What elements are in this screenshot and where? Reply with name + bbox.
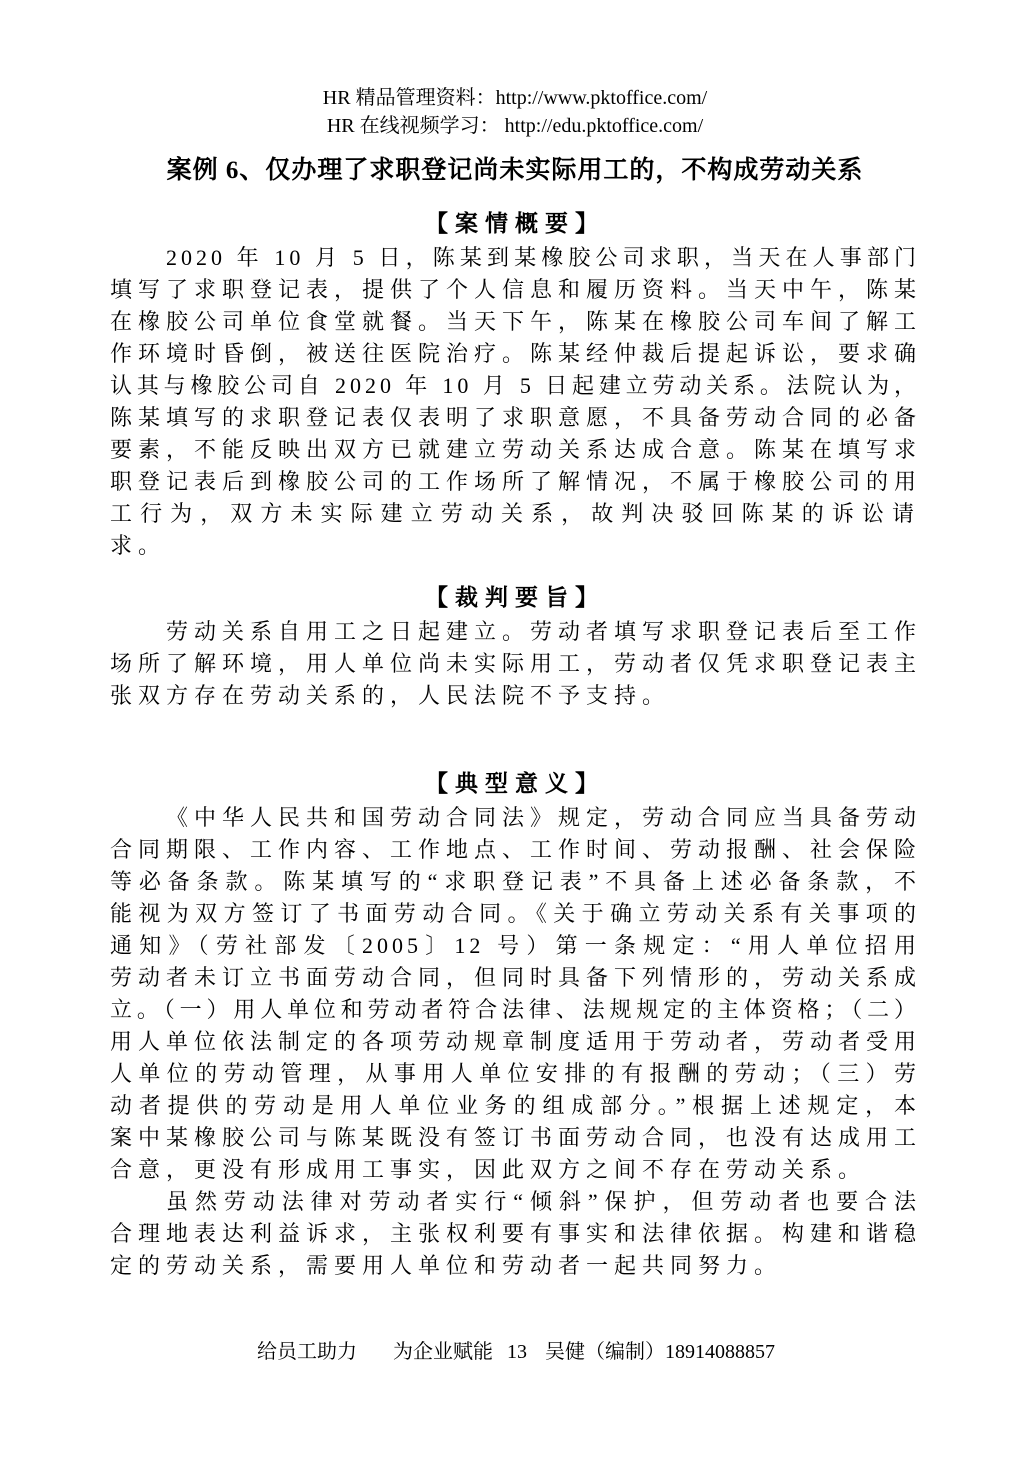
text-line: 张双方存在劳动关系的，人民法院不予支持。 [110,680,920,712]
header-url-1: http://www.pktoffice.com/ [496,87,708,109]
text-line: 能视为双方签订了书面劳动合同。《关于确立劳动关系有关事项的 [110,898,920,930]
header-line-1: HR 精品管理资料：http://www.pktoffice.com/ [110,84,920,112]
section-heading-2: 【裁判要旨】 [110,582,920,614]
text-line: 职登记表后到橡胶公司的工作场所了解情况，不属于橡胶公司的用 [110,466,920,498]
text-line: 用人单位依法制定的各项劳动规章制度适用于劳动者，劳动者受用 [110,1026,920,1058]
text-line: 工行为，双方未实际建立劳动关系，故判决驳回陈某的诉讼请求。 [110,498,920,562]
text-line: 2020 年 10 月 5 日，陈某到某橡胶公司求职，当天在人事部门 [110,242,920,274]
text-line: 场所了解环境，用人单位尚未实际用工，劳动者仅凭求职登记表主 [110,648,920,680]
text-line: 人单位的劳动管理，从事用人单位安排的有报酬的劳动；（三）劳 [110,1058,920,1090]
text-line: 定的劳动关系，需要用人单位和劳动者一起共同努力。 [110,1250,920,1282]
text-line: 在橡胶公司单位食堂就餐。当天下午，陈某在橡胶公司车间了解工 [110,306,920,338]
text-line: 陈某填写的求职登记表仅表明了求职意愿，不具备劳动合同的必备 [110,402,920,434]
text-line: 等必备条款。陈某填写的“求职登记表”不具备上述必备条款，不 [110,866,920,898]
document-page: { "colors": { "background": "#ffffff", "… [0,0,1032,1457]
page: HR 精品管理资料：http://www.pktoffice.com/ HR 在… [0,0,1032,1457]
section-heading-1: 【案情概要】 [110,208,920,240]
page-footer: 给员工助力 为企业赋能 13 吴健（编制）18914088857 [0,1339,1032,1365]
text-line: 《中华人民共和国劳动合同法》规定，劳动合同应当具备劳动 [110,802,920,834]
text-line: 认其与橡胶公司自 2020 年 10 月 5 日起建立劳动关系。法院认为， [110,370,920,402]
page-header: HR 精品管理资料：http://www.pktoffice.com/ HR 在… [110,84,920,140]
header-line-2: HR 在线视频学习： http://edu.pktoffice.com/ [110,112,920,140]
text-line: 劳动者未订立书面劳动合同，但同时具备下列情形的，劳动关系成 [110,962,920,994]
footer-slogan-left: 给员工助力 [257,1339,357,1365]
footer-slogan-right: 为企业赋能 [393,1339,493,1365]
document-section: 【典型意义】 《中华人民共和国劳动合同法》规定，劳动合同应当具备劳动合同期限、工… [110,768,920,1282]
header-url-2: http://edu.pktoffice.com/ [505,115,703,137]
text-line: 填写了求职登记表，提供了个人信息和履历资料。当天中午，陈某 [110,274,920,306]
paragraph: 2020 年 10 月 5 日，陈某到某橡胶公司求职，当天在人事部门填写了求职登… [110,242,920,562]
paragraph: 《中华人民共和国劳动合同法》规定，劳动合同应当具备劳动合同期限、工作内容、工作地… [110,802,920,1186]
text-line: 劳动关系自用工之日起建立。劳动者填写求职登记表后至工作 [110,616,920,648]
text-line: 动者提供的劳动是用人单位业务的组成部分。”根据上述规定，本 [110,1090,920,1122]
footer-author: 吴健（编制）18914088857 [545,1339,775,1365]
text-line: 虽然劳动法律对劳动者实行“倾斜”保护，但劳动者也要合法 [110,1186,920,1218]
header-label-1: HR 精品管理资料： [323,87,496,109]
text-line: 案中某橡胶公司与陈某既没有签订书面劳动合同，也没有达成用工 [110,1122,920,1154]
paragraph: 劳动关系自用工之日起建立。劳动者填写求职登记表后至工作场所了解环境，用人单位尚未… [110,616,920,712]
text-line: 合理地表达利益诉求，主张权利要有事实和法律依据。构建和谐稳 [110,1218,920,1250]
text-line: 合意，更没有形成用工事实，因此双方之间不存在劳动关系。 [110,1154,920,1186]
document-section: 【裁判要旨】 劳动关系自用工之日起建立。劳动者填写求职登记表后至工作场所了解环境… [110,582,920,712]
text-line: 要素，不能反映出双方已就建立劳动关系达成合意。陈某在填写求 [110,434,920,466]
text-line: 通知》（劳社部发〔2005〕12 号）第一条规定：“用人单位招用 [110,930,920,962]
page-title: 案例 6、仅办理了求职登记尚未实际用工的，不构成劳动关系 [110,154,920,188]
document-body: 【案情概要】 2020 年 10 月 5 日，陈某到某橡胶公司求职，当天在人事部… [110,208,920,1282]
header-label-2: HR 在线视频学习： [327,115,505,137]
text-line: 立。（一）用人单位和劳动者符合法律、法规规定的主体资格；（二） [110,994,920,1026]
text-line: 作环境时昏倒，被送往医院治疗。陈某经仲裁后提起诉讼，要求确 [110,338,920,370]
paragraph: 虽然劳动法律对劳动者实行“倾斜”保护，但劳动者也要合法合理地表达利益诉求，主张权… [110,1186,920,1282]
document-section: 【案情概要】 2020 年 10 月 5 日，陈某到某橡胶公司求职，当天在人事部… [110,208,920,562]
text-line: 合同期限、工作内容、工作地点、工作时间、劳动报酬、社会保险 [110,834,920,866]
section-heading-3: 【典型意义】 [110,768,920,800]
page-number: 13 [507,1339,527,1365]
